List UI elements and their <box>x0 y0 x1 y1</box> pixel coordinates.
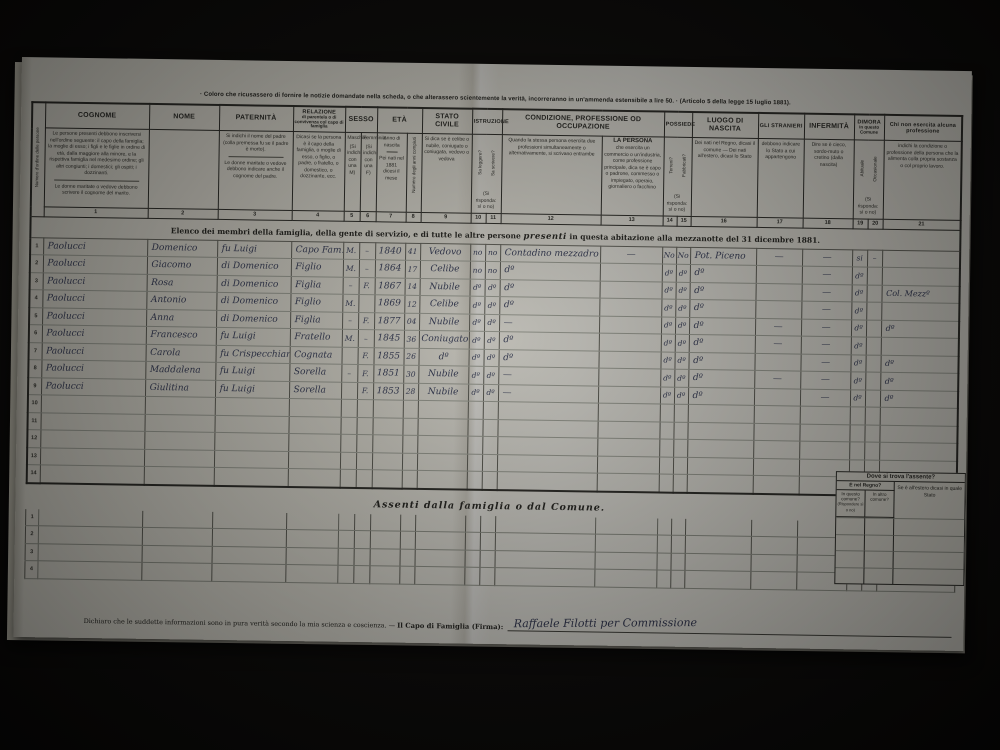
cell-paternita <box>213 511 287 529</box>
cell-stato <box>415 531 465 549</box>
cell-stato <box>415 566 465 584</box>
cell-oc <box>865 407 880 425</box>
cell-prof <box>497 454 597 473</box>
cell-prof <box>498 402 598 421</box>
cell-inf: — <box>800 371 850 389</box>
sesso-m: Maschile <box>346 134 359 143</box>
cell-anni: 14 <box>405 278 420 296</box>
cell-anni <box>400 549 415 567</box>
cell-inf: — <box>801 319 851 337</box>
cell-anno: 1853 <box>373 382 403 400</box>
col-eta-label: ETÀ <box>379 116 421 124</box>
cell-ab: dº <box>851 319 866 337</box>
cell-nome: Giulitina <box>145 379 215 398</box>
cell-sm <box>338 548 354 566</box>
cell-cognome <box>38 543 142 562</box>
cell-ter <box>659 422 673 440</box>
cell-scr: dº <box>484 314 499 332</box>
cell-relazione: Sorella <box>289 364 341 382</box>
cell-anni <box>400 566 415 584</box>
cell-ter <box>659 456 673 474</box>
cell-ab: si <box>852 249 867 267</box>
present-persons-table: Numero d'ordine delle persone COGNOME NO… <box>26 101 964 497</box>
cell-chi <box>880 407 958 426</box>
cell-ter <box>657 518 671 535</box>
cell-cognome <box>39 509 143 528</box>
cell-n: 2 <box>25 526 38 544</box>
istruzione-scrivere: Sa scrivere? <box>490 133 496 193</box>
cell-leg <box>467 471 482 489</box>
cell-relazione <box>287 512 339 530</box>
present-rows: 1PaolucciDomenicofu LuigiCapo Fam.M.–184… <box>27 237 961 496</box>
cell-persona <box>595 552 657 570</box>
cell-prof <box>495 516 595 534</box>
cell-stran: — <box>755 318 801 336</box>
cell-sf: – <box>358 330 374 348</box>
cell-stran <box>751 554 797 572</box>
cell-oc <box>864 425 879 443</box>
cell-relazione <box>288 433 340 451</box>
cell-ter: dº <box>661 299 675 317</box>
cell-sf <box>354 530 370 548</box>
cell-paternita <box>212 528 286 547</box>
cell-anno: 1851 <box>373 365 403 383</box>
cell-sf: F. <box>357 365 373 383</box>
cell-paternita <box>212 563 286 582</box>
cell-oc <box>866 337 881 355</box>
cell-sf: – <box>359 260 375 278</box>
cell-luogo: Pot. Piceno <box>690 247 756 265</box>
cell-relazione <box>288 451 340 469</box>
cell-stran <box>754 405 800 423</box>
cell-nome <box>144 449 214 468</box>
cell-fab: dº <box>675 317 689 335</box>
cell-ter: dº <box>660 369 674 387</box>
cell-persona <box>598 403 660 421</box>
head-of-family-signature: Raffaele Filotti per Commissione <box>507 616 696 630</box>
cell-chi <box>879 425 957 444</box>
cell-oc <box>867 285 882 303</box>
cell-cognome: Paolucci <box>42 342 146 361</box>
cell-stato <box>417 435 467 453</box>
cell-oc <box>866 320 881 338</box>
stato-note: Si dica se è celibe o nubile, coniugato … <box>423 135 470 164</box>
cell-chi: dº <box>880 355 958 374</box>
cell-relazione <box>286 529 338 547</box>
cell-inf <box>799 441 849 459</box>
col-chi-label: Chi non esercita alcuna professione <box>886 122 961 135</box>
cell-oc: – <box>867 250 882 268</box>
cell-anni <box>401 514 416 531</box>
cell-ter <box>659 474 673 492</box>
cell-nome <box>142 562 212 581</box>
cell-sm: M. <box>342 294 358 312</box>
cell-leg: dº <box>468 366 483 384</box>
cell-fab <box>671 553 685 571</box>
cell-ab: dº <box>852 267 867 285</box>
condizione-note: Quando la stessa persona esercita due pr… <box>503 136 600 159</box>
cell-ter: dº <box>661 334 675 352</box>
dove-empty-cells <box>835 517 964 585</box>
cell-chi: Col. Mezzº <box>882 285 960 304</box>
cell-nome: Carola <box>145 344 215 363</box>
cell-fab <box>673 439 687 457</box>
cell-persona <box>599 316 661 334</box>
cell-cognome <box>41 395 145 414</box>
cell-sm <box>341 347 357 365</box>
col-infermita-label: INFERMITÀ <box>806 123 853 131</box>
cell-luogo: dº <box>688 352 754 370</box>
cell-relazione <box>289 398 341 416</box>
cell-anni: 17 <box>405 260 420 278</box>
cell-persona <box>595 517 657 535</box>
cell-sm <box>340 452 356 470</box>
cell-anno: 1869 <box>374 295 404 313</box>
cell-sf <box>358 295 374 313</box>
cell-n: 13 <box>27 447 40 465</box>
cell-persona <box>597 473 659 492</box>
cell-chi <box>882 267 960 286</box>
infermita-note: Dire se è cieco, sordo-muto o cretino (d… <box>805 141 852 170</box>
cell-stato: Nubile <box>419 313 469 331</box>
cell-prof: — <box>499 314 599 333</box>
cell-stran <box>754 388 800 406</box>
dove-estero: Se è all'estero dicasi in quale Stato <box>894 482 965 519</box>
cell-fab <box>671 570 685 588</box>
cell-persona <box>598 386 660 404</box>
cell-nome: Francesco <box>146 326 216 345</box>
cell-paternita: fu Luigi <box>216 327 290 346</box>
cell-stato: Coniugato <box>419 330 469 348</box>
cell-ter <box>659 439 673 457</box>
cell-scr: dº <box>483 349 498 367</box>
cell-ter: dº <box>660 387 674 405</box>
cell-sm <box>341 382 357 400</box>
cell-leg <box>468 401 483 419</box>
cell-scr <box>480 515 495 532</box>
cell-sm: M. <box>342 329 358 347</box>
cell-fab <box>671 535 685 553</box>
cell-cognome <box>40 465 144 485</box>
cell-relazione: Figlio <box>291 259 343 277</box>
cell-paternita <box>214 415 288 434</box>
cell-luogo <box>687 474 753 493</box>
cell-leg <box>467 454 482 472</box>
cell-sf <box>356 417 372 435</box>
cell-cognome: Paolucci <box>43 272 147 291</box>
cell-nome <box>143 510 213 528</box>
cell-nome: Anna <box>146 309 216 328</box>
cell-prof: — <box>498 384 598 403</box>
cell-prof: dº <box>499 297 599 316</box>
cell-sm: – <box>342 312 358 330</box>
cell-anno <box>372 417 402 435</box>
cell-persona <box>598 351 660 369</box>
cell-inf: — <box>802 249 852 267</box>
dove-questo-comune: In questo comune?(Rispondere sì o no) <box>836 490 865 517</box>
absent-location-box: Dove si trova l'assente? È nel Regno? Se… <box>834 471 966 586</box>
cell-anni: 36 <box>404 330 419 348</box>
cell-prof: dº <box>500 279 600 298</box>
cell-anni <box>402 453 417 471</box>
cell-stran <box>753 423 799 441</box>
relazione-note: Dicasi se la persona è il capo della fam… <box>294 133 344 181</box>
cell-anno <box>372 435 402 453</box>
possiede-fabbricati: Fabbricati? <box>681 136 687 196</box>
cell-stato <box>417 453 467 471</box>
cell-stato: Vedovo <box>420 243 470 261</box>
cell-scr: dº <box>484 296 499 314</box>
cell-sm <box>340 469 356 487</box>
cognome-note: Le persone presenti debbono inscriversi … <box>46 129 148 178</box>
cell-sf <box>356 452 372 470</box>
cell-paternita <box>215 397 289 416</box>
luogo-note: Dei nati nel Regno, dicasi il comune — D… <box>693 139 756 161</box>
declaration-line: Dichiaro che le suddette informazioni so… <box>24 605 952 638</box>
cell-fab <box>674 404 688 422</box>
cell-paternita <box>214 450 288 469</box>
col-sesso-label: SESSO <box>347 116 376 124</box>
cell-paternita <box>214 467 288 486</box>
cell-sf: – <box>359 242 375 260</box>
cell-anni: 30 <box>403 365 418 383</box>
cell-n: 5 <box>29 307 42 325</box>
cell-n: 8 <box>28 360 41 378</box>
cell-anno <box>371 514 401 531</box>
cell-relazione: Figlia <box>291 276 343 294</box>
cell-luogo <box>685 553 751 571</box>
cell-anni <box>403 400 418 418</box>
cell-persona <box>595 534 657 552</box>
cell-anni <box>402 418 417 436</box>
cell-inf: — <box>800 389 850 407</box>
cell-prof <box>495 533 595 552</box>
cell-sm <box>340 434 356 452</box>
cell-cognome: Paolucci <box>43 237 147 256</box>
cell-stran <box>754 353 800 371</box>
cell-cognome: Paolucci <box>42 307 146 326</box>
cell-relazione <box>286 564 338 582</box>
cell-stato: dº <box>418 348 468 366</box>
cell-stran: — <box>754 370 800 388</box>
cell-chi <box>881 302 959 321</box>
cell-inf: — <box>800 354 850 372</box>
cell-leg: no <box>470 261 485 279</box>
cell-sf <box>354 565 370 583</box>
cell-prof: — <box>498 367 598 386</box>
cell-fab: dº <box>674 369 688 387</box>
cell-prof <box>497 472 597 491</box>
cell-leg: dº <box>469 314 484 332</box>
cell-persona <box>597 456 659 474</box>
cell-relazione <box>288 468 340 487</box>
cell-chi <box>879 442 957 461</box>
cell-anno: 1840 <box>375 242 405 260</box>
cell-stato <box>415 549 465 567</box>
cell-n: 1 <box>30 237 43 255</box>
cell-leg <box>467 436 482 454</box>
cell-inf: — <box>802 266 852 284</box>
cell-anno: 1864 <box>375 260 405 278</box>
table-header: Numero d'ordine delle persone COGNOME NO… <box>30 102 962 251</box>
cell-sm: – <box>341 364 357 382</box>
cell-luogo: dº <box>688 387 754 405</box>
cell-scr <box>480 532 495 550</box>
cell-chi <box>881 337 959 356</box>
cell-scr <box>482 436 497 454</box>
cell-cognome: Paolucci <box>41 377 145 396</box>
cell-prof <box>495 550 595 569</box>
cell-oc <box>865 372 880 390</box>
cell-sm <box>340 417 356 435</box>
cell-nome: Maddalena <box>145 361 215 380</box>
cell-n: 4 <box>29 290 42 308</box>
cell-relazione: Sorella <box>289 381 341 399</box>
cell-oc <box>864 442 879 460</box>
istruzione-leggere: Sa leggere? <box>477 133 483 193</box>
cell-scr <box>482 454 497 472</box>
dove-altro-comune: In altro comune? <box>865 491 894 518</box>
cell-paternita: di Domenico <box>216 310 290 329</box>
cell-luogo <box>687 439 753 457</box>
absent-persons-table: 1234 <box>24 509 956 593</box>
cell-anni: 28 <box>403 383 418 401</box>
cell-prof: dº <box>500 262 600 281</box>
cell-chi: dº <box>880 390 958 409</box>
cell-relazione <box>288 416 340 434</box>
cell-stato: Nubile <box>420 278 470 296</box>
cell-anni: 04 <box>404 313 419 331</box>
cell-ter: dº <box>660 352 674 370</box>
cell-paternita <box>212 546 286 565</box>
cell-inf: — <box>802 284 852 302</box>
cell-ab: dº <box>850 389 865 407</box>
cell-stran <box>751 571 797 589</box>
cell-sm <box>338 530 354 548</box>
col-nome-label: NOME <box>151 113 218 122</box>
col-istruzione-label: ISTRUZIONE <box>474 119 501 125</box>
cell-cognome <box>40 412 144 431</box>
cell-stran <box>756 283 802 301</box>
cell-persona <box>598 368 660 386</box>
cell-fab: No <box>676 247 690 265</box>
cell-ter: dº <box>662 282 676 300</box>
cell-anno <box>370 566 400 584</box>
possiede-terreni: Terreni? <box>668 136 674 196</box>
cell-stato: Nubile <box>418 383 468 401</box>
cell-paternita: fu Crispecchianni <box>215 345 289 364</box>
cell-luogo: dº <box>688 369 754 387</box>
cell-stato <box>417 470 467 489</box>
cell-sf: F. <box>357 382 373 400</box>
cell-prof: Contadino mezzadro <box>500 244 600 263</box>
cell-luogo <box>685 518 751 536</box>
cell-ter: dº <box>661 317 675 335</box>
cell-chi: dº <box>880 372 958 391</box>
cell-oc <box>865 390 880 408</box>
cell-nome <box>144 466 214 485</box>
cell-paternita: fu Luigi <box>215 362 289 381</box>
cell-luogo: dº <box>689 299 755 317</box>
cell-n: 3 <box>25 543 38 561</box>
cell-luogo <box>687 422 753 440</box>
cell-leg <box>465 550 480 568</box>
cell-leg: dº <box>468 349 483 367</box>
cell-fab <box>673 474 687 492</box>
cell-paternita <box>214 432 288 451</box>
cell-persona <box>599 298 661 316</box>
cell-fab <box>673 422 687 440</box>
cell-sm: M. <box>343 242 359 260</box>
cell-leg: dº <box>469 296 484 314</box>
cell-anno: 1867 <box>375 277 405 295</box>
cell-stran <box>753 475 799 494</box>
cell-ter: dº <box>662 264 676 282</box>
cell-stato <box>416 514 466 532</box>
cell-inf: — <box>801 336 851 354</box>
cell-cognome <box>38 526 142 545</box>
cell-stato <box>417 418 467 436</box>
cell-nome <box>145 396 215 415</box>
cell-n: 10 <box>28 395 41 413</box>
cell-oc <box>866 302 881 320</box>
cell-cognome <box>40 447 144 466</box>
cell-n: 14 <box>27 465 40 483</box>
cell-scr <box>480 550 495 568</box>
cell-anno: 1877 <box>374 312 404 330</box>
cell-chi: dº <box>881 320 959 339</box>
cell-fab: dº <box>674 352 688 370</box>
cell-fab: dº <box>676 282 690 300</box>
cell-stato: Nubile <box>418 365 468 383</box>
cell-nome <box>144 431 214 450</box>
cell-nome: Rosa <box>147 274 217 293</box>
cell-scr: dº <box>483 384 498 402</box>
cell-chi <box>882 250 960 269</box>
cell-stran: — <box>755 335 801 353</box>
cell-ab <box>850 407 865 425</box>
cell-ter <box>657 535 671 553</box>
cell-relazione: Figlio <box>290 294 342 312</box>
eta-anni: Numero degli anni compiuti <box>411 135 417 195</box>
cell-persona <box>600 263 662 281</box>
cell-relazione <box>286 547 338 565</box>
cell-anni: 12 <box>404 295 419 313</box>
cell-ab: dº <box>851 302 866 320</box>
cell-cognome: Paolucci <box>43 255 147 274</box>
cell-anno <box>373 400 403 418</box>
cell-nome: Antonio <box>146 291 216 310</box>
cell-anno <box>370 531 400 549</box>
cell-nome: Giacomo <box>147 256 217 275</box>
cell-ter <box>660 404 674 422</box>
cell-sm <box>339 513 355 530</box>
cell-n: 9 <box>28 377 41 395</box>
cell-persona <box>599 333 661 351</box>
cell-paternita: di Domenico <box>216 292 290 311</box>
cell-paternita: di Domenico <box>217 275 291 294</box>
cell-anni: 41 <box>405 243 420 261</box>
col-paternita-label: PATERNITÀ <box>221 114 292 123</box>
cell-luogo <box>685 570 751 588</box>
chi-note: indichi la condizione o professione dell… <box>885 142 960 171</box>
cell-sf <box>356 435 372 453</box>
cell-scr: no <box>485 261 500 279</box>
cell-ter <box>657 552 671 570</box>
cell-prof <box>497 437 597 456</box>
cell-scr <box>482 471 497 489</box>
cell-ab: dº <box>850 372 865 390</box>
